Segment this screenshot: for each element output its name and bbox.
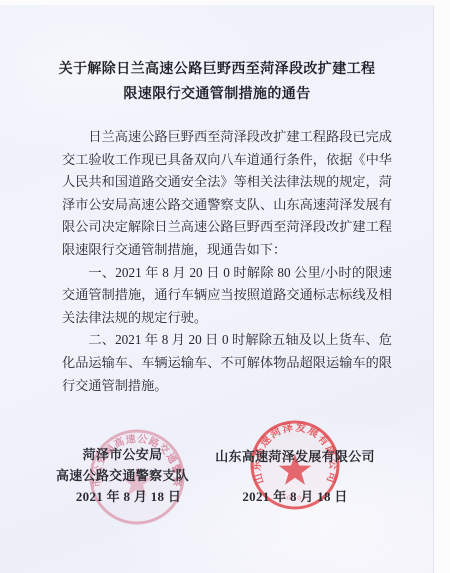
signature-org-line2: 高速公路交通警察支队: [55, 465, 190, 486]
notice-title-line1: 关于解除日兰高速公路巨野西至菏泽段改扩建工程: [0, 57, 434, 82]
notice-body: 日兰高速公路巨野西至菏泽段改扩建工程路段已完成交工验收工作现已具备双向八车道通行…: [62, 126, 392, 397]
notice-title: 关于解除日兰高速公路巨野西至菏泽段改扩建工程 限速限行交通管制措施的通告: [0, 57, 434, 107]
signature-date: 2021 年 8 月 18 日: [213, 486, 377, 507]
signature-date: 2021 年 8 月 18 日: [67, 486, 190, 507]
signature-org: 山东高速菏泽发展有限公司: [213, 446, 377, 467]
signature-block-company: 山东高速菏泽发展有限公司 2021 年 8 月 18 日: [213, 446, 377, 507]
signature-org-line1: 菏泽市公安局: [55, 444, 190, 465]
document-photo: 关于解除日兰高速公路巨野西至菏泽段改扩建工程 限速限行交通管制措施的通告 日兰高…: [0, 0, 450, 573]
notice-paragraph-item2: 二、2021 年 8 月 20 日 0 时解除五轴及以上货车、危化品运输车、车辆…: [62, 329, 392, 397]
notice-title-line2: 限速限行交通管制措施的通告: [0, 82, 434, 107]
signature-block-police: 菏泽市公安局 高速公路交通警察支队 2021 年 8 月 18 日: [55, 444, 190, 507]
notice-paragraph-item1: 一、2021 年 8 月 20 日 0 时解除 80 公里/小时的限速交通管制措…: [62, 262, 392, 330]
notice-paragraph-intro: 日兰高速公路巨野西至菏泽段改扩建工程路段已完成交工验收工作现已具备双向八车道通行…: [62, 126, 392, 262]
